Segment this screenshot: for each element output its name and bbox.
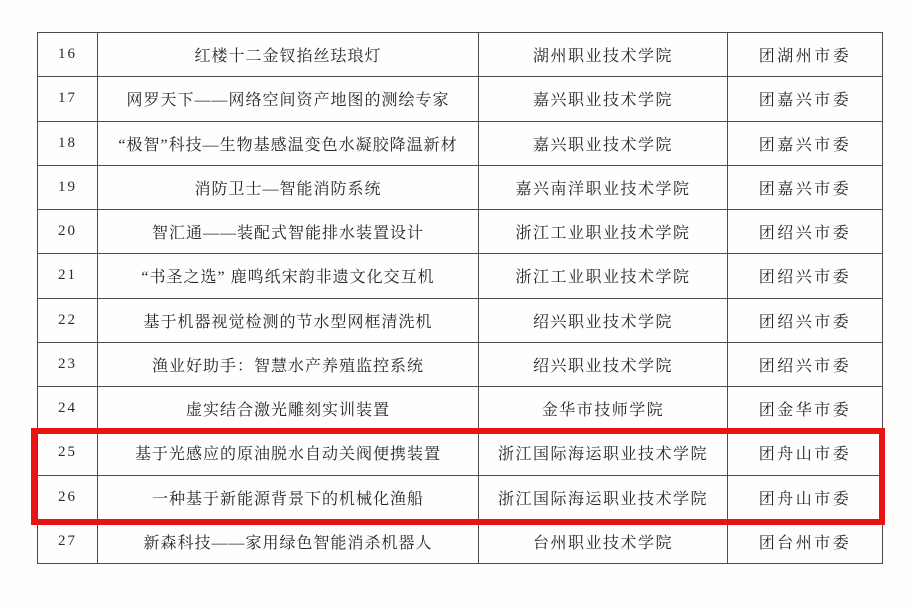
row-number-cell: 18 — [38, 121, 98, 165]
project-name-cell: 基于机器视觉检测的节水型网框清洗机 — [98, 298, 479, 342]
table-row: 17 网罗天下——网络空间资产地图的测绘专家 嘉兴职业技术学院 团嘉兴市委 — [38, 77, 883, 121]
school-name-cell: 金华市技师学院 — [479, 387, 728, 431]
committee-name-cell: 团舟山市委 — [728, 431, 883, 475]
committee-name-cell: 团绍兴市委 — [728, 298, 883, 342]
project-name-cell: “书圣之选” 鹿鸣纸宋韵非遗文化交互机 — [98, 254, 479, 298]
project-name-cell: 红楼十二金钗掐丝珐琅灯 — [98, 33, 479, 77]
school-name-cell: 嘉兴职业技术学院 — [479, 121, 728, 165]
committee-name-cell: 团舟山市委 — [728, 475, 883, 519]
school-name-cell: 台州职业技术学院 — [479, 519, 728, 563]
row-number-cell: 24 — [38, 387, 98, 431]
document-page: 16 红楼十二金钗掐丝珐琅灯 湖州职业技术学院 团湖州市委 17 网罗天下——网… — [0, 0, 916, 605]
project-name-cell: 基于光感应的原油脱水自动关阀便携装置 — [98, 431, 479, 475]
committee-name-cell: 团绍兴市委 — [728, 342, 883, 386]
committee-name-cell: 团嘉兴市委 — [728, 77, 883, 121]
committee-name-cell: 团湖州市委 — [728, 33, 883, 77]
school-name-cell: 湖州职业技术学院 — [479, 33, 728, 77]
committee-name-cell: 团绍兴市委 — [728, 254, 883, 298]
project-name-cell: “极智”科技—生物基感温变色水凝胶降温新材 — [98, 121, 479, 165]
table-row: 25 基于光感应的原油脱水自动关阀便携装置 浙江国际海运职业技术学院 团舟山市委 — [38, 431, 883, 475]
committee-name-cell: 团绍兴市委 — [728, 210, 883, 254]
committee-name-cell: 团嘉兴市委 — [728, 165, 883, 209]
project-name-cell: 新森科技——家用绿色智能消杀机器人 — [98, 519, 479, 563]
project-name-cell: 消防卫士—智能消防系统 — [98, 165, 479, 209]
table-row: 18 “极智”科技—生物基感温变色水凝胶降温新材 嘉兴职业技术学院 团嘉兴市委 — [38, 121, 883, 165]
project-name-cell: 一种基于新能源背景下的机械化渔船 — [98, 475, 479, 519]
table-row: 19 消防卫士—智能消防系统 嘉兴南洋职业技术学院 团嘉兴市委 — [38, 165, 883, 209]
row-number-cell: 16 — [38, 33, 98, 77]
project-name-cell: 网罗天下——网络空间资产地图的测绘专家 — [98, 77, 479, 121]
table-row: 23 渔业好助手：智慧水产养殖监控系统 绍兴职业技术学院 团绍兴市委 — [38, 342, 883, 386]
school-name-cell: 浙江国际海运职业技术学院 — [479, 431, 728, 475]
school-name-cell: 浙江工业职业技术学院 — [479, 254, 728, 298]
table-row: 22 基于机器视觉检测的节水型网框清洗机 绍兴职业技术学院 团绍兴市委 — [38, 298, 883, 342]
table-row: 26 一种基于新能源背景下的机械化渔船 浙江国际海运职业技术学院 团舟山市委 — [38, 475, 883, 519]
row-number-cell: 23 — [38, 342, 98, 386]
table-body: 16 红楼十二金钗掐丝珐琅灯 湖州职业技术学院 团湖州市委 17 网罗天下——网… — [38, 33, 883, 564]
row-number-cell: 19 — [38, 165, 98, 209]
project-name-cell: 渔业好助手：智慧水产养殖监控系统 — [98, 342, 479, 386]
row-number-cell: 22 — [38, 298, 98, 342]
school-name-cell: 嘉兴职业技术学院 — [479, 77, 728, 121]
school-name-cell: 绍兴职业技术学院 — [479, 298, 728, 342]
award-table: 16 红楼十二金钗掐丝珐琅灯 湖州职业技术学院 团湖州市委 17 网罗天下——网… — [37, 32, 883, 564]
row-number-cell: 17 — [38, 77, 98, 121]
row-number-cell: 25 — [38, 431, 98, 475]
table-row: 20 智汇通——装配式智能排水装置设计 浙江工业职业技术学院 团绍兴市委 — [38, 210, 883, 254]
table-row: 16 红楼十二金钗掐丝珐琅灯 湖州职业技术学院 团湖州市委 — [38, 33, 883, 77]
table-row: 27 新森科技——家用绿色智能消杀机器人 台州职业技术学院 团台州市委 — [38, 519, 883, 563]
school-name-cell: 浙江国际海运职业技术学院 — [479, 475, 728, 519]
school-name-cell: 嘉兴南洋职业技术学院 — [479, 165, 728, 209]
project-name-cell: 虚实结合激光雕刻实训装置 — [98, 387, 479, 431]
row-number-cell: 21 — [38, 254, 98, 298]
table-row: 24 虚实结合激光雕刻实训装置 金华市技师学院 团金华市委 — [38, 387, 883, 431]
school-name-cell: 浙江工业职业技术学院 — [479, 210, 728, 254]
row-number-cell: 20 — [38, 210, 98, 254]
committee-name-cell: 团金华市委 — [728, 387, 883, 431]
committee-name-cell: 团台州市委 — [728, 519, 883, 563]
school-name-cell: 绍兴职业技术学院 — [479, 342, 728, 386]
project-name-cell: 智汇通——装配式智能排水装置设计 — [98, 210, 479, 254]
committee-name-cell: 团嘉兴市委 — [728, 121, 883, 165]
table-row: 21 “书圣之选” 鹿鸣纸宋韵非遗文化交互机 浙江工业职业技术学院 团绍兴市委 — [38, 254, 883, 298]
row-number-cell: 27 — [38, 519, 98, 563]
row-number-cell: 26 — [38, 475, 98, 519]
